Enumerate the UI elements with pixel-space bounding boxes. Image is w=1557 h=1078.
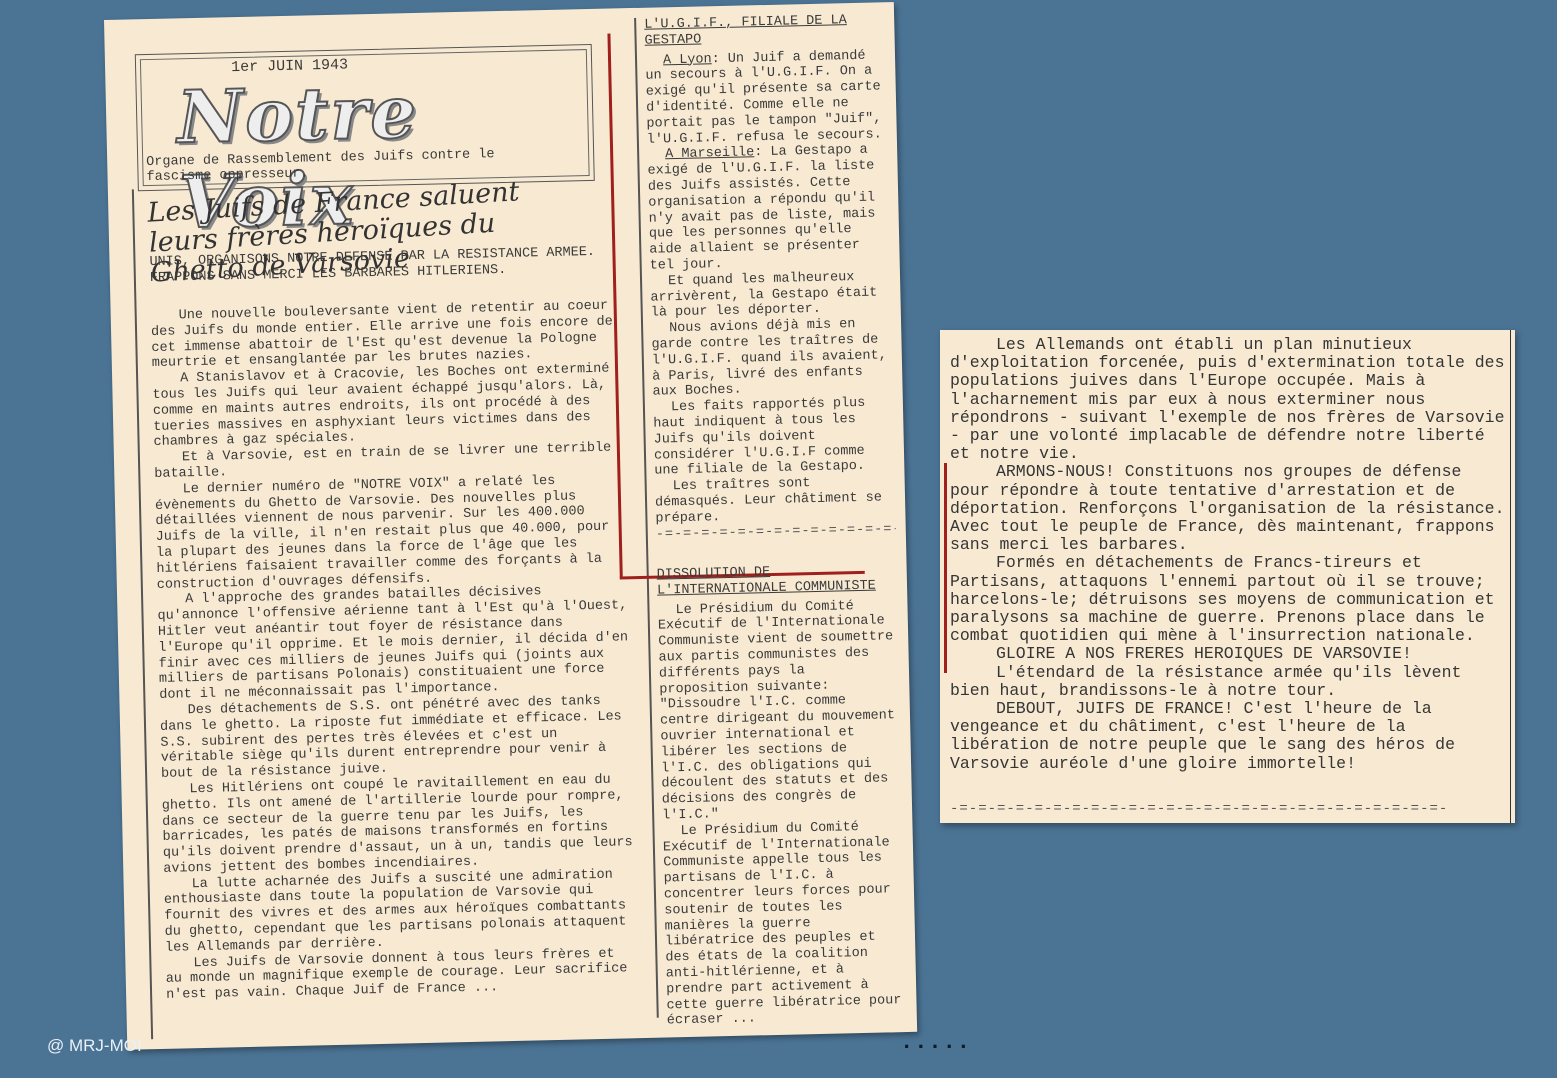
paragraph: L'étendard de la résistance armée qu'ils…: [950, 664, 1505, 700]
paragraph: Les Juifs de Varsovie donnent à tous leu…: [165, 946, 636, 1004]
continuation-marker: .....: [900, 1030, 971, 1055]
paragraph: Et quand les malheureux arrivèrent, la G…: [650, 269, 891, 322]
ugif-title: L'U.G.I.F., FILIALE DE LA GESTAPO: [644, 12, 885, 49]
excerpt-body: Les Allemands ont établi un plan minutie…: [950, 336, 1505, 773]
newspaper-page: 1er JUIN 1943 Notre Voix Organe de Rasse…: [104, 2, 917, 1050]
credit-label: @ MRJ-MOI: [47, 1036, 142, 1056]
main-article: Une nouvelle bouleversante vient de rete…: [151, 298, 637, 1004]
paragraph: La lutte acharnée des Juifs a suscité un…: [163, 867, 635, 957]
paragraph: ARMONS-NOUS! Constituons nos groupes de …: [950, 463, 1505, 554]
paragraph: Le Présidium du Comité Exécutif de l'Int…: [662, 819, 907, 1030]
left-column-rule: [132, 189, 153, 1039]
paragraph: Une nouvelle bouleversante vient de rete…: [151, 298, 622, 372]
paragraph: Les Hitlériens ont coupé le ravitailleme…: [161, 772, 633, 877]
paragraph: Les traîtres sont démasqués. Leur châtim…: [655, 474, 896, 527]
dissolution-title: DISSOLUTION DE L'INTERNATIONALE COMMUNIS…: [657, 562, 898, 599]
paragraph: Les Allemands ont établi un plan minutie…: [950, 336, 1505, 463]
marseille-text: : La Gestapo a exigé de l'U.G.I.F. la li…: [647, 143, 875, 274]
paragraph: Des détachements de S.S. ont pénétré ave…: [160, 693, 632, 783]
paragraph: Nous avions déjà mis en garde contre les…: [651, 316, 893, 400]
marseille-label: A Marseille: [665, 146, 754, 163]
dissolution-article: DISSOLUTION DE L'INTERNATIONALE COMMUNIS…: [657, 562, 907, 1029]
marseille-paragraph: A Marseille: La Gestapo a exigé de l'U.G…: [647, 143, 890, 275]
excerpt-divider: -=-=-=-=-=-=-=-=-=-=-=-=-=-=-=-=-=-=-=-=…: [950, 801, 1505, 817]
lyon-label: A Lyon: [663, 52, 712, 68]
ugif-article: L'U.G.I.F., FILIALE DE LA GESTAPO A Lyon…: [644, 12, 896, 543]
paragraph: Le Présidium du Comité Exécutif de l'Int…: [657, 598, 902, 825]
paragraph: DEBOUT, JUIFS DE FRANCE! C'est l'heure d…: [950, 700, 1505, 773]
paragraph: GLOIRE A NOS FRERES HEROIQUES DE VARSOVI…: [950, 645, 1505, 663]
paragraph: A Stanislavov et à Cracovie, les Boches …: [152, 362, 624, 452]
paragraph: Les faits rapportés plus haut indiquent …: [653, 395, 895, 479]
article-excerpt: Les Allemands ont établi un plan minutie…: [940, 330, 1515, 823]
paragraph: Le dernier numéro de "NOTRE VOIX" a rela…: [155, 472, 627, 593]
lyon-paragraph: A Lyon: Un Juif a demandé un secours à l…: [645, 48, 887, 148]
excerpt-right-rule: [1510, 330, 1512, 823]
red-highlight-excerpt: [944, 463, 947, 673]
masthead: 1er JUIN 1943 Notre Voix Organe de Rasse…: [135, 44, 595, 191]
paragraph: A l'approche des grandes batailles décis…: [157, 583, 629, 704]
paragraph: Formés en détachements de Francs-tireurs…: [950, 554, 1505, 645]
